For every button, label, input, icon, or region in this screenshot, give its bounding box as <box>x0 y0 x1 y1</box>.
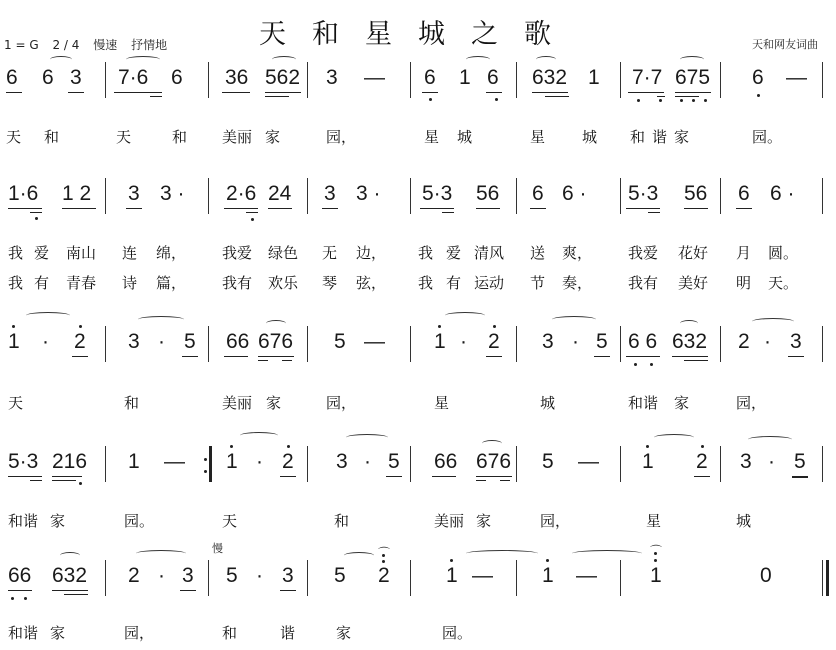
note: 2·6 <box>226 182 256 206</box>
lyric: 星 <box>424 126 439 147</box>
underline <box>545 96 569 97</box>
bar-line <box>105 560 106 596</box>
underline <box>268 208 292 209</box>
lyric: 园， <box>124 622 154 643</box>
lyric: 城 <box>457 126 472 147</box>
note: · <box>460 330 467 354</box>
fermata-icon: ⌒ <box>650 542 662 559</box>
lyric: 连 <box>122 242 137 263</box>
lyric: 我 <box>8 272 23 293</box>
note: 1 <box>434 330 446 354</box>
underline <box>282 360 292 361</box>
note: · <box>158 330 165 354</box>
slur <box>272 56 296 63</box>
notes-line-4: 5·3 216 1 — 1 · 2 3 · 5 66 676 5 <box>0 446 836 492</box>
lyric: 我爱 <box>222 242 252 263</box>
time-signature: 2 / 4 <box>52 38 79 52</box>
slur <box>654 434 694 441</box>
note: 1 <box>128 450 140 474</box>
note: 1·6 <box>8 182 38 206</box>
lyric: 美丽 <box>434 510 464 531</box>
underline <box>476 208 500 209</box>
lyric: 家 <box>266 392 281 413</box>
underline <box>672 356 708 357</box>
lyric: 我 <box>418 242 433 263</box>
lyric: 运动 <box>474 272 504 293</box>
note: 5 <box>184 330 196 354</box>
bar-line <box>208 62 209 98</box>
bar-line <box>105 446 106 482</box>
note: 3 <box>128 182 140 206</box>
tempo-slow-mark: 慢 <box>212 540 223 556</box>
high-octave-dot <box>230 445 233 448</box>
lyric: 美丽 <box>222 392 252 413</box>
bar-line <box>822 62 823 98</box>
bar-line <box>208 178 209 214</box>
lyric: 城 <box>540 392 555 413</box>
note: 3 · <box>160 182 185 206</box>
lyric: 南山 <box>66 242 96 263</box>
slur <box>482 440 502 447</box>
note: 36 <box>225 66 248 90</box>
notes-line-3: 1 · 2 3 · 5 66 676 5 — 1 · 2 3 · 5 <box>0 326 836 372</box>
low-octave-dot <box>680 99 683 102</box>
underline <box>684 208 708 209</box>
note: 56 <box>476 182 499 206</box>
slur <box>136 550 186 557</box>
note: 2 <box>128 564 140 588</box>
note: 6 <box>42 66 54 90</box>
note: 3 <box>324 182 336 206</box>
bar-line <box>410 560 411 596</box>
low-octave-dot <box>35 217 38 220</box>
lyric: 我有 <box>222 272 252 293</box>
underline <box>422 92 438 93</box>
underline <box>8 208 42 209</box>
bar-line <box>720 178 721 214</box>
lyric: 清风 <box>474 242 504 263</box>
note: — <box>164 450 185 474</box>
lyric: 和 <box>172 126 187 147</box>
note: 6 <box>424 66 436 90</box>
low-octave-dot <box>634 363 637 366</box>
underline <box>648 212 660 213</box>
note: 1 <box>446 564 458 588</box>
tempo-marking: 慢速 <box>93 38 117 52</box>
note: 5 <box>226 564 238 588</box>
lyric: 家 <box>674 392 689 413</box>
underline <box>280 476 296 477</box>
underline <box>486 92 502 93</box>
low-octave-dot <box>251 218 254 221</box>
high-octave-dot <box>546 559 549 562</box>
repeat-dot <box>204 470 207 473</box>
lyric: 和 <box>334 510 349 531</box>
note: · <box>158 564 165 588</box>
lyric: 天 <box>116 126 131 147</box>
slur <box>552 316 596 323</box>
low-octave-dot <box>24 597 27 600</box>
underline <box>52 476 82 477</box>
note: 1 <box>459 66 471 90</box>
lyric: 我有 <box>628 272 658 293</box>
note: 676 <box>476 450 511 474</box>
bar-line <box>410 62 411 98</box>
low-octave-dot <box>659 99 662 102</box>
lyric: 送 <box>530 242 545 263</box>
lyric: 星 <box>530 126 545 147</box>
lyric: 爽， <box>562 242 592 263</box>
low-octave-dot <box>79 482 82 485</box>
note: · <box>764 330 771 354</box>
bar-line <box>516 560 517 596</box>
lyric: 我 <box>8 242 23 263</box>
underline <box>114 92 162 93</box>
note: 7·7 <box>632 66 662 90</box>
note: 7·6 <box>118 66 148 90</box>
underline <box>30 480 42 481</box>
lyric: 家 <box>50 510 65 531</box>
note: 5 <box>388 450 400 474</box>
note: 1 2 <box>62 182 91 206</box>
underline <box>675 92 711 93</box>
bar-line <box>410 326 411 362</box>
bar-line <box>208 560 209 596</box>
fermata-icon: ⌒ <box>378 544 390 561</box>
note: 5 <box>596 330 608 354</box>
lyric: 有 <box>446 272 461 293</box>
lyric: 我 <box>418 272 433 293</box>
slur <box>752 318 794 325</box>
slur <box>536 56 556 63</box>
bar-line <box>516 62 517 98</box>
slur <box>344 552 374 559</box>
underline <box>52 590 88 591</box>
underline <box>792 476 808 478</box>
lyric: 和 <box>630 126 645 147</box>
underline <box>224 356 248 357</box>
underline <box>322 208 338 209</box>
note: 632 <box>532 66 567 90</box>
underline <box>265 96 289 97</box>
note: · <box>256 564 263 588</box>
low-octave-dot <box>692 99 695 102</box>
note: 2 <box>282 450 294 474</box>
note: 6 <box>752 66 764 90</box>
underline <box>532 92 568 93</box>
slur <box>572 550 642 557</box>
lyric: 边， <box>356 242 386 263</box>
slur <box>680 320 698 327</box>
underline <box>180 590 196 591</box>
bar-line <box>208 326 209 362</box>
lyric: 绿色 <box>268 242 298 263</box>
note: 3 <box>128 330 140 354</box>
underline <box>442 212 454 213</box>
bar-line <box>822 178 823 214</box>
notes-line-5: 66 632 2 · 3 5 · 3 5 2 ⌒ 1 — 1 — <box>0 560 836 606</box>
lyric: 欢乐 <box>268 272 298 293</box>
underline <box>420 208 454 209</box>
underline <box>150 96 162 97</box>
note: · <box>364 450 371 474</box>
notes-line-2: 1·6 1 2 3 3 · 2·6 24 3 3 · 5·3 56 6 6 · … <box>0 178 836 224</box>
note: 632 <box>52 564 87 588</box>
note: 66 <box>8 564 31 588</box>
underline <box>684 360 708 361</box>
lyric: 天。 <box>768 272 798 293</box>
underline <box>476 480 486 481</box>
note: 56 <box>684 182 707 206</box>
slur <box>748 436 792 443</box>
underline <box>265 92 301 93</box>
song-meta: 1 = G 2 / 4 慢速 抒情地 <box>4 36 177 53</box>
lyric: 和 <box>44 126 59 147</box>
lyric: 弦， <box>356 272 386 293</box>
lyric: 园， <box>326 392 356 413</box>
lyric: 天 <box>6 126 21 147</box>
note: 3 <box>326 66 338 90</box>
lyric: 家 <box>336 622 351 643</box>
note: 5 <box>334 330 346 354</box>
lyric: 星 <box>646 510 661 531</box>
low-octave-dot <box>495 98 498 101</box>
note: 1 <box>226 450 238 474</box>
note: 2 <box>696 450 708 474</box>
lyric: 和谐 <box>8 622 38 643</box>
note: 6 <box>171 66 183 90</box>
lyric: 爱 <box>446 242 461 263</box>
bar-line <box>410 446 411 482</box>
repeat-bar-line <box>209 446 212 482</box>
bar-line <box>720 446 721 482</box>
bar-line <box>410 178 411 214</box>
underline <box>694 476 710 477</box>
bar-line <box>307 446 308 482</box>
lyric: 诗 <box>122 272 137 293</box>
lyric: 和谐 <box>8 510 38 531</box>
bar-line <box>105 62 106 98</box>
low-octave-dot <box>757 94 760 97</box>
underline <box>594 356 610 357</box>
note: 3 <box>282 564 294 588</box>
note: 675 <box>675 66 710 90</box>
lyric: 美丽 <box>222 126 252 147</box>
low-octave-dot <box>637 99 640 102</box>
lyric: 家 <box>476 510 491 531</box>
underline <box>675 96 699 97</box>
high-octave-dot <box>701 445 704 448</box>
bar-line <box>720 62 721 98</box>
lyric: 天 <box>222 510 237 531</box>
note: 6 <box>532 182 544 206</box>
underline <box>224 208 258 209</box>
lyric: 我爱 <box>628 242 658 263</box>
low-octave-dot <box>704 99 707 102</box>
note: 1 <box>8 330 20 354</box>
slur <box>138 316 184 323</box>
bar-line <box>105 326 106 362</box>
note: 5·3 <box>628 182 658 206</box>
note: 3 · <box>356 182 381 206</box>
note: 6 <box>6 66 18 90</box>
expression-marking: 抒情地 <box>131 38 167 52</box>
lyric: 奏， <box>562 272 592 293</box>
underline <box>628 92 664 93</box>
slur <box>240 432 278 439</box>
note: 6 <box>487 66 499 90</box>
underline <box>52 480 76 481</box>
lyric: 园。 <box>752 126 782 147</box>
note: 5 <box>794 450 806 474</box>
note: 3 <box>336 450 348 474</box>
lyric: 星 <box>434 392 449 413</box>
high-octave-dot <box>438 325 441 328</box>
key-signature: 1 = G <box>4 38 39 52</box>
note: — <box>364 330 385 354</box>
lyric: 园， <box>736 392 766 413</box>
note: 3 <box>542 330 554 354</box>
bar-line <box>307 178 308 214</box>
underline <box>126 208 142 209</box>
note: 1 <box>542 564 554 588</box>
note: 2 <box>378 564 390 588</box>
bar-line <box>516 326 517 362</box>
note: 24 <box>268 182 291 206</box>
lyric: 青春 <box>66 272 96 293</box>
lyric: 绵， <box>156 242 186 263</box>
slur <box>466 550 538 557</box>
note: 676 <box>258 330 293 354</box>
lyric: 园， <box>326 126 356 147</box>
underline <box>657 96 665 97</box>
high-octave-dot <box>646 445 649 448</box>
slur <box>26 312 70 319</box>
high-octave-dot <box>654 559 657 562</box>
underline <box>788 356 804 357</box>
underline <box>280 590 296 591</box>
note: 6 · <box>770 182 795 206</box>
bar-line <box>307 62 308 98</box>
bar-line <box>620 326 621 362</box>
underline <box>6 92 22 93</box>
note: · <box>572 330 579 354</box>
staccato-dot <box>382 554 385 557</box>
bar-line <box>822 446 823 482</box>
lyric: 谐 <box>280 622 295 643</box>
note: 216 <box>52 450 87 474</box>
bar-line <box>516 178 517 214</box>
bar-line <box>307 560 308 596</box>
note: 66 <box>434 450 457 474</box>
underline <box>72 356 88 357</box>
bar-line <box>620 62 621 98</box>
note: 632 <box>672 330 707 354</box>
high-octave-dot <box>450 559 453 562</box>
underline <box>68 92 84 93</box>
underline <box>626 208 660 209</box>
note: · <box>256 450 263 474</box>
note: 6 · <box>562 182 587 206</box>
lyric: 琴 <box>322 272 337 293</box>
lyric: 家 <box>674 126 689 147</box>
note: 5·3 <box>8 450 38 474</box>
repeat-dot <box>204 458 207 461</box>
lyric: 和谐 <box>628 392 658 413</box>
lyric: 圆。 <box>768 242 798 263</box>
bar-line <box>307 326 308 362</box>
slur <box>60 552 80 559</box>
note: — <box>786 66 807 90</box>
final-bar-thin <box>822 560 823 596</box>
staccato-dot <box>654 552 657 555</box>
underline <box>476 476 512 477</box>
note: 5 <box>334 564 346 588</box>
high-octave-dot <box>79 325 82 328</box>
lyric: 明 <box>736 272 751 293</box>
bar-line <box>620 178 621 214</box>
underline <box>432 476 456 477</box>
high-octave-dot <box>12 325 15 328</box>
underline <box>500 480 510 481</box>
bar-line <box>105 178 106 214</box>
note: 3 <box>70 66 82 90</box>
note: 6 <box>738 182 750 206</box>
note: 1 <box>588 66 600 90</box>
high-octave-dot <box>287 445 290 448</box>
notes-line-1: 6 6 3 7·6 6 36 562 3 — 6 1 6 632 1 <box>0 62 836 108</box>
lyric: 无 <box>322 242 337 263</box>
bar-line <box>620 560 621 596</box>
lyric: 月 <box>736 242 751 263</box>
lyric: 篇， <box>156 272 186 293</box>
lyric: 园。 <box>442 622 472 643</box>
underline <box>736 208 752 209</box>
note: 66 <box>226 330 249 354</box>
note: 2 <box>488 330 500 354</box>
slur <box>126 56 160 63</box>
bar-line <box>516 446 517 482</box>
note: — <box>364 66 385 90</box>
bar-line <box>620 446 621 482</box>
high-octave-dot <box>382 560 385 563</box>
lyric: 和 <box>124 392 139 413</box>
underline <box>626 356 660 357</box>
underline <box>222 92 250 93</box>
lyric: 花好 <box>678 242 708 263</box>
low-octave-dot <box>11 597 14 600</box>
slur <box>466 56 490 63</box>
note: 6 6 <box>628 330 657 354</box>
lyric: 爱 <box>34 242 49 263</box>
note: · <box>768 450 775 474</box>
note: 2 <box>74 330 86 354</box>
underline <box>182 356 198 357</box>
lyric: 节 <box>530 272 545 293</box>
lyric: 园。 <box>124 510 154 531</box>
low-octave-dot <box>650 363 653 366</box>
note: 2 <box>738 330 750 354</box>
underline <box>30 212 42 213</box>
slur <box>680 56 704 63</box>
lyric: 天 <box>8 392 23 413</box>
underline <box>486 356 502 357</box>
note: — <box>472 564 493 588</box>
note: 562 <box>265 66 300 90</box>
note: 1 <box>650 564 662 588</box>
underline <box>530 208 546 209</box>
slur <box>445 312 485 319</box>
